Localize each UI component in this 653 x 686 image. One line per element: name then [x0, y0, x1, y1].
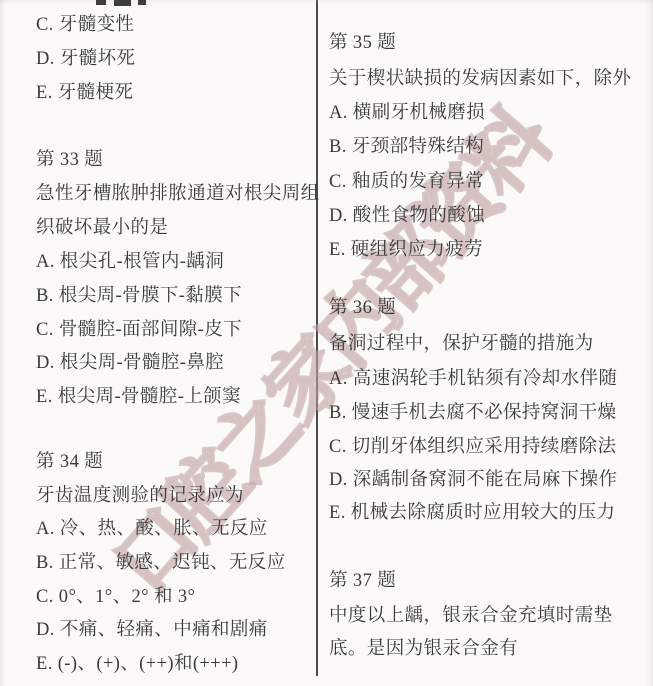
option-line: E. 根尖周-骨髓腔-上颌窦 [36, 385, 241, 409]
option-line: E. 机械去除腐质时应用较大的压力 [329, 501, 615, 525]
scanned-exam-page: 口腔之家内部资料 C. 牙髓变性 D. 牙髓坏死 E. 牙髓梗死 第 33 题 … [0, 0, 653, 686]
question-stem-line: 备洞过程中，保护牙髓的措施为 [329, 332, 594, 356]
option-line: C. 牙髓变性 [36, 13, 134, 37]
option-line: C. 骨髓腔-面部间隙-皮下 [36, 318, 242, 342]
question-number: 第 37 题 [329, 569, 396, 593]
option-line: C. 0°、1°、2° 和 3° [36, 585, 195, 609]
option-line: D. 不痛、轻痛、中痛和剧痛 [36, 618, 268, 642]
right-column: 第 35 题 关于楔状缺损的发病因素如下，除外 A. 横刷牙机械磨损 B. 牙颈… [329, 0, 653, 686]
option-line: A. 冷、热、酸、胀、无反应 [36, 517, 268, 541]
option-line: B. 正常、敏感、迟钝、无反应 [36, 551, 286, 575]
question-number: 第 34 题 [36, 450, 103, 474]
option-line: E. 牙髓梗死 [36, 81, 133, 105]
option-line: D. 深龋制备窝洞不能在局麻下操作 [329, 468, 617, 492]
option-line: A. 高速涡轮手机钻须有冷却水伴随 [329, 367, 617, 391]
option-line: E. 硬组织应力疲劳 [329, 238, 483, 262]
question-number: 第 35 题 [329, 31, 396, 55]
question-stem-line: 织破坏最小的是 [36, 216, 168, 240]
question-stem-line: 底。是因为银汞合金有 [329, 637, 518, 661]
left-column: C. 牙髓变性 D. 牙髓坏死 E. 牙髓梗死 第 33 题 急性牙槽脓肿排脓通… [36, 0, 317, 686]
option-line: D. 酸性食物的酸蚀 [329, 204, 485, 228]
option-line: B. 根尖周-骨膜下-黏膜下 [36, 284, 242, 308]
option-line: A. 横刷牙机械磨损 [329, 101, 485, 125]
option-line: E. (-)、(+)、(++)和(+++) [36, 652, 239, 676]
option-line: D. 牙髓坏死 [36, 47, 135, 71]
question-stem-line: 牙齿温度测验的记录应为 [36, 484, 244, 508]
question-stem-line: 中度以上龋，银汞合金充填时需垫 [329, 604, 613, 628]
option-line: B. 牙颈部特殊结构 [329, 135, 484, 159]
option-line: C. 釉质的发育异常 [329, 170, 484, 194]
question-number: 第 36 题 [329, 296, 396, 320]
option-line: C. 切削牙体组织应采用持续磨除法 [329, 435, 616, 459]
question-stem-line: 急性牙槽脓肿排脓通道对根尖周组 [36, 182, 320, 206]
option-line: A. 根尖孔-根管内-龋洞 [36, 250, 224, 274]
option-line: B. 慢速手机去腐不必保持窝洞干燥 [329, 401, 616, 425]
question-number: 第 33 题 [36, 148, 103, 172]
question-stem-line: 关于楔状缺损的发病因素如下，除外 [329, 67, 631, 91]
option-line: D. 根尖周-骨髓腔-鼻腔 [36, 351, 224, 375]
